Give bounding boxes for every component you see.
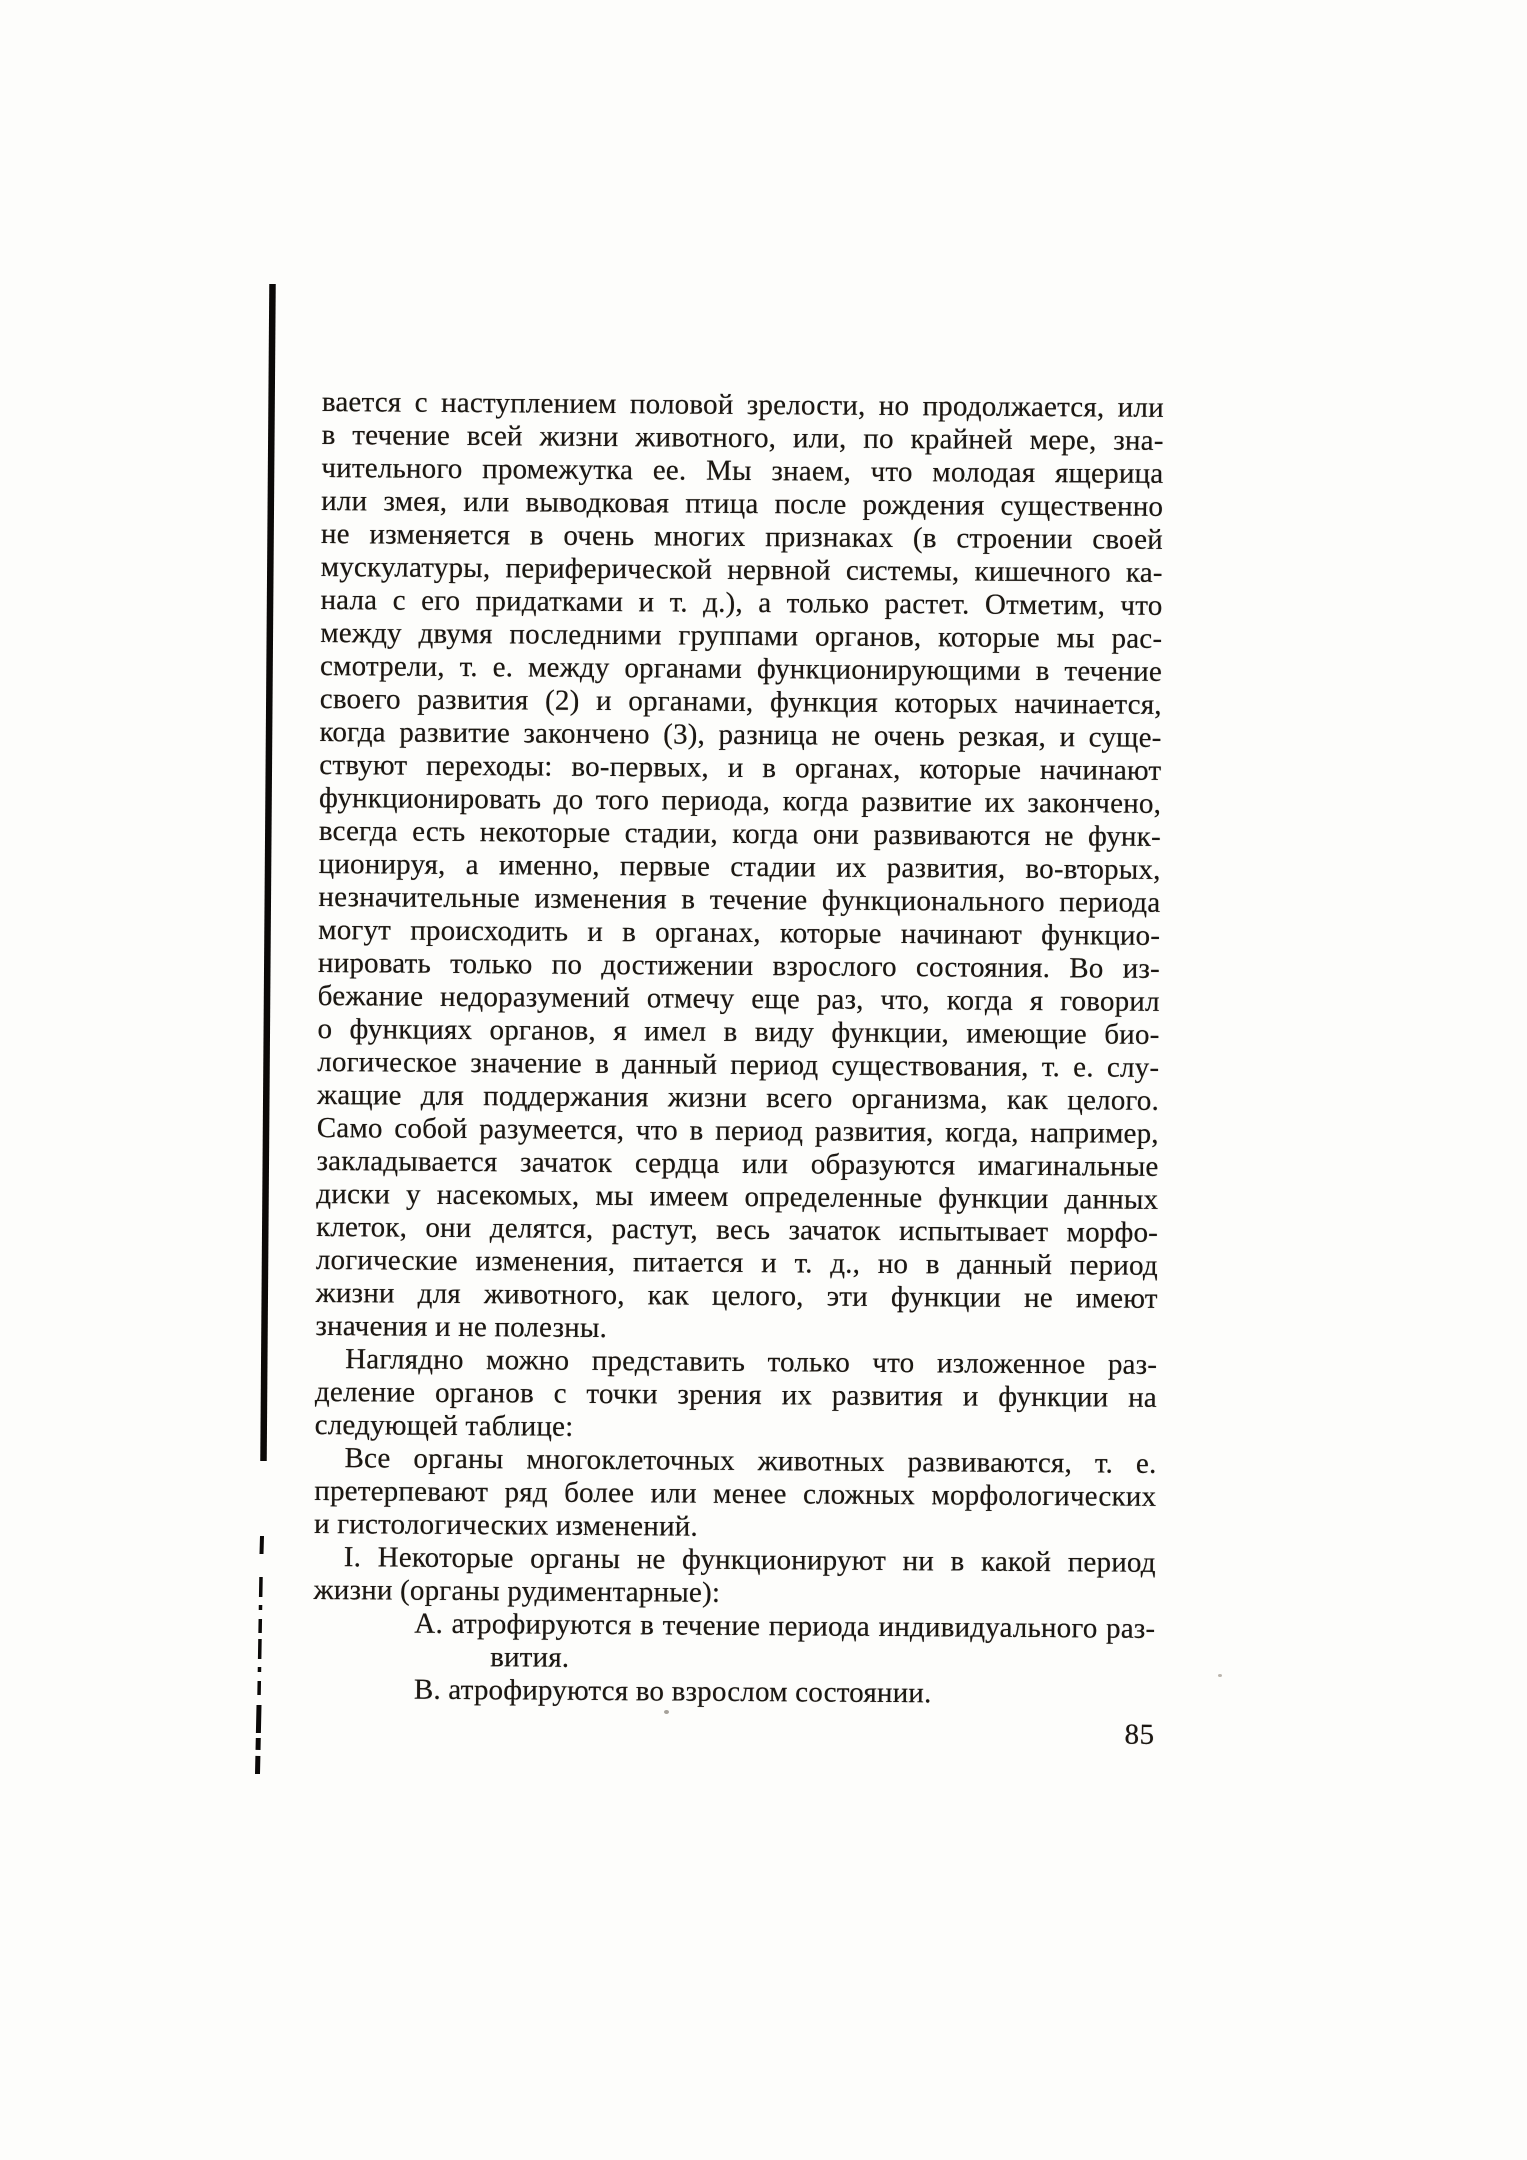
book-page-scan: вается с наступлением половой зрелости, …	[0, 0, 1527, 2160]
text-line: В. атрофируются во взрослом состоянии.	[313, 1673, 1155, 1712]
scan-speck	[1218, 1674, 1222, 1677]
text-block: вается с наступлением половой зрелости, …	[313, 386, 1164, 1752]
text-line: А. атрофируются в течение периода индиви…	[313, 1607, 1155, 1646]
page-number: 85	[313, 1713, 1155, 1752]
body-text: вается с наступлением половой зрелости, …	[313, 386, 1164, 1712]
